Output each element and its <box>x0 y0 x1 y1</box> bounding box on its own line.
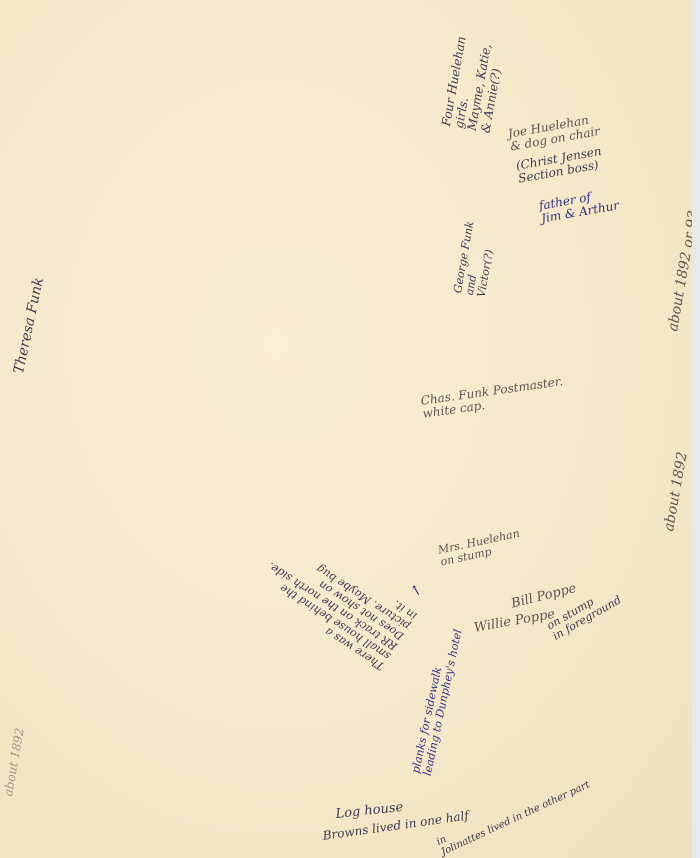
note-christ-jensen: (Christ Jensen Section boss) <box>515 145 605 186</box>
note-mrs-huelehan: Mrs. Huelehan on stump <box>437 528 523 569</box>
note-theresa-funk: Theresa Funk <box>12 276 47 375</box>
note-george-funk: George Funk and Victor(?) <box>452 220 500 298</box>
note-father-of: father of Jim & Arthur <box>538 186 620 226</box>
note-willie-poppe: Willie Poppe <box>473 608 556 636</box>
note-small-house: There was a small house behind the RR tr… <box>253 529 420 672</box>
note-date-1892: about 1892 <box>662 451 691 533</box>
note-planks-sidewalk: planks for sidewalk leading to Dunphey's… <box>410 626 465 777</box>
scan-edge <box>692 0 700 858</box>
note-chas-funk: Chas. Funk Postmaster. white cap. <box>420 375 566 421</box>
note-left-date-1892: about 1892 <box>2 727 27 797</box>
note-four-huelehan-girls: Four Huelehan girls. Mayme, Katie, & Ann… <box>440 35 508 134</box>
arrow-icon: ↑ <box>408 582 426 601</box>
photo-back-paper: Four Huelehan girls. Mayme, Katie, & Ann… <box>0 0 692 858</box>
